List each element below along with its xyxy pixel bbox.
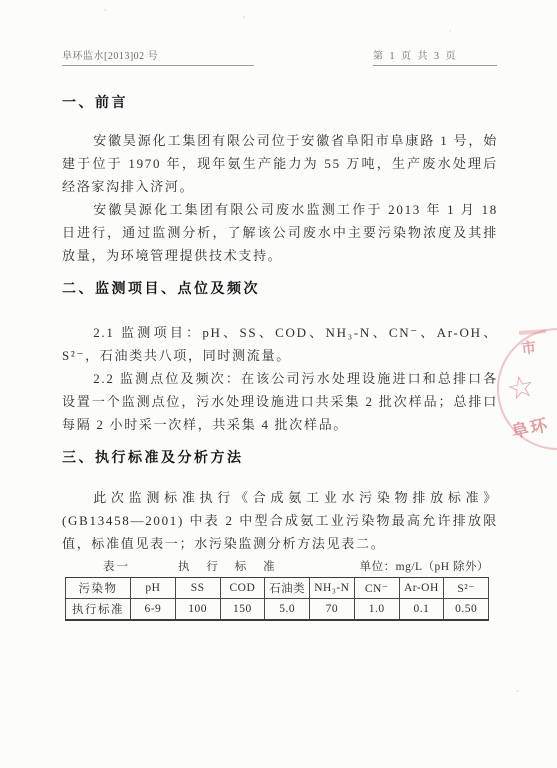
paragraph-monitoring-purpose: 安徽昊源化工集团有限公司废水监测工作于 2013 年 1 月 18 日进行，通过… (62, 198, 498, 267)
table-header-cell: 污染物 (66, 578, 131, 599)
section-heading-preface: 一、前言 (62, 92, 128, 112)
table-value-cell: 6-9 (131, 599, 176, 621)
table-caption: 表一 执 行 标 准 单位：mg/L（pH 除外） (65, 558, 489, 574)
paragraph-standards: 此次监测标准执行《合成氨工业水污染物排放标准》(GB13458—2001) 中表… (62, 486, 498, 555)
table-row: 污染物 pH SS COD 石油类 NH₃-N CN⁻ Ar-OH S²⁻ (66, 578, 489, 599)
table-value-cell: 100 (175, 599, 220, 621)
table-header-cell: CN⁻ (354, 578, 399, 599)
table-value-cell: 150 (220, 599, 265, 621)
page-header: 阜环监水[2013]02 号 第 1 页 共 3 页 (62, 47, 497, 66)
table-header-cell: SS (175, 578, 220, 599)
table-header-cell: Ar-OH (399, 578, 444, 599)
table-row: 执行标准 6-9 100 150 5.0 70 1.0 0.1 0.50 (66, 599, 489, 621)
table-label: 表一 (103, 558, 130, 574)
table-title: 执 行 标 准 (178, 558, 282, 574)
table-value-cell: 1.0 (354, 599, 399, 621)
table-header-cell: S²⁻ (444, 578, 489, 599)
scan-noise-speck (104, 9, 107, 11)
table-unit: 单位：mg/L（pH 除外） (360, 558, 489, 574)
table-value-cell: 执行标准 (66, 599, 131, 621)
scan-noise-speck (449, 30, 451, 32)
table-value-cell: 70 (310, 599, 355, 621)
paragraph-monitoring-points: 2.2 监测点位及频次：在该公司污水处理设施进口和总排口各设置一个监测点位，污水… (62, 367, 498, 436)
table-value-cell: 0.1 (399, 599, 444, 621)
section-heading-standards: 三、执行标准及分析方法 (62, 447, 244, 467)
table-header-cell: NH₃-N (310, 578, 355, 599)
doc-number: 阜环监水[2013]02 号 (62, 47, 254, 66)
scan-noise-speck (516, 690, 519, 692)
table-header-cell: pH (131, 578, 176, 599)
table-header-cell: COD (220, 578, 265, 599)
page-number-info: 第 1 页 共 3 页 (373, 47, 497, 66)
scan-noise-speck (243, 16, 245, 19)
table-value-cell: 0.50 (444, 599, 489, 621)
scanned-document-page: 阜环监水[2013]02 号 第 1 页 共 3 页 一、前言 安徽昊源化工集团… (0, 0, 557, 768)
section-heading-items: 二、监测项目、点位及频次 (62, 278, 260, 298)
table-header-cell: 石油类 (265, 578, 310, 599)
paragraph-monitoring-items: 2.1 监测项目：pH、SS、COD、NH₃-N、CN⁻、Ar-OH、S²⁻，石… (62, 321, 498, 367)
seal-top-character: 市 (520, 336, 537, 359)
table-value-cell: 5.0 (265, 599, 310, 621)
paragraph-company-intro: 安徽昊源化工集团有限公司位于安徽省阜阳市阜康路 1 号，始建于位于 1970 年… (62, 129, 498, 198)
standards-table: 污染物 pH SS COD 石油类 NH₃-N CN⁻ Ar-OH S²⁻ 执行… (65, 577, 489, 621)
